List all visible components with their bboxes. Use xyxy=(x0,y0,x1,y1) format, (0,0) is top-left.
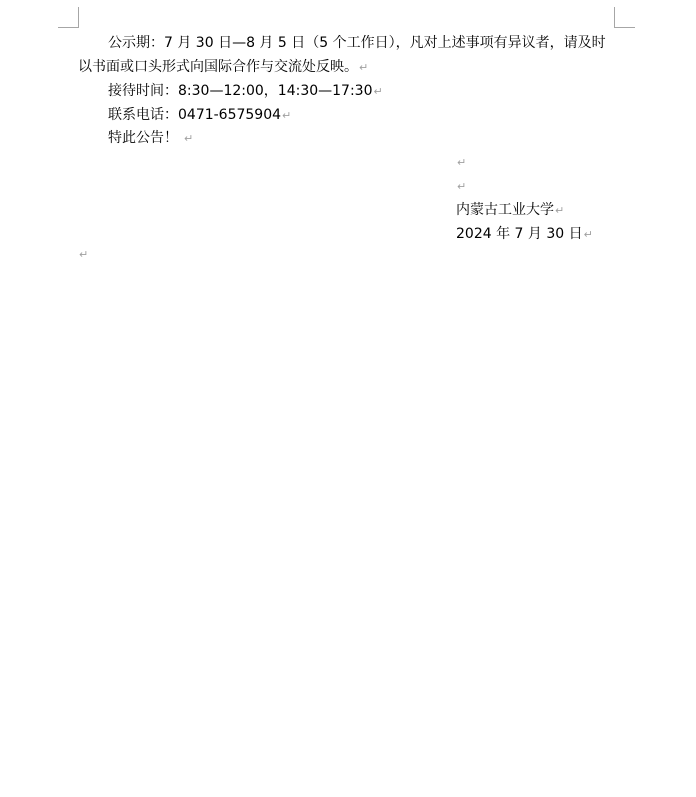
paragraph-mark-icon: ↵ xyxy=(359,61,368,74)
reception-hours-line[interactable]: 接待时间：8:30—12:00，14:30—17:30↵ xyxy=(108,81,383,102)
paragraph-mark-icon: ↵ xyxy=(555,204,564,217)
closing-text: 特此公告！ xyxy=(108,130,178,146)
empty-paragraph-2[interactable]: ↵ xyxy=(456,176,466,197)
empty-paragraph-3[interactable]: ↵ xyxy=(78,244,88,265)
contact-phone-line[interactable]: 联系电话：0471-6575904↵ xyxy=(108,105,291,126)
paragraph-mark-icon: ↵ xyxy=(282,109,291,122)
paragraph-mark-icon: ↵ xyxy=(457,156,466,169)
document-page: 公示期：7 月 30 日—8 月 5 日（5 个工作日），凡对上述事项有异议者，… xyxy=(0,0,696,797)
closing-line[interactable]: 特此公告！↵ xyxy=(108,128,193,149)
contact-phone-text: 联系电话：0471-6575904 xyxy=(108,107,281,123)
notice-period-line-1[interactable]: 公示期：7 月 30 日—8 月 5 日（5 个工作日），凡对上述事项有异议者，… xyxy=(108,33,606,53)
signature-date: 2024 年 7 月 30 日 xyxy=(456,226,583,242)
notice-period-line-2[interactable]: 以书面或口头形式向国际合作与交流处反映。↵ xyxy=(78,57,368,78)
paragraph-mark-icon: ↵ xyxy=(79,248,88,261)
notice-period-text-1: 公示期：7 月 30 日—8 月 5 日（5 个工作日），凡对上述事项有异议者，… xyxy=(108,35,606,51)
paragraph-mark-icon: ↵ xyxy=(184,132,193,145)
signature-organization: 内蒙古工业大学 xyxy=(456,202,554,218)
reception-hours-text: 接待时间：8:30—12:00，14:30—17:30 xyxy=(108,83,372,99)
paragraph-mark-icon: ↵ xyxy=(373,85,382,98)
paragraph-mark-icon: ↵ xyxy=(457,180,466,193)
signature-organization-line[interactable]: 内蒙古工业大学↵ xyxy=(456,200,564,221)
signature-date-line[interactable]: 2024 年 7 月 30 日↵ xyxy=(456,224,593,245)
empty-paragraph-1[interactable]: ↵ xyxy=(456,152,466,173)
top-left-margin-marker xyxy=(58,7,79,28)
notice-period-text-2: 以书面或口头形式向国际合作与交流处反映。 xyxy=(78,59,358,75)
paragraph-mark-icon: ↵ xyxy=(584,228,593,241)
top-right-margin-marker xyxy=(614,7,635,28)
